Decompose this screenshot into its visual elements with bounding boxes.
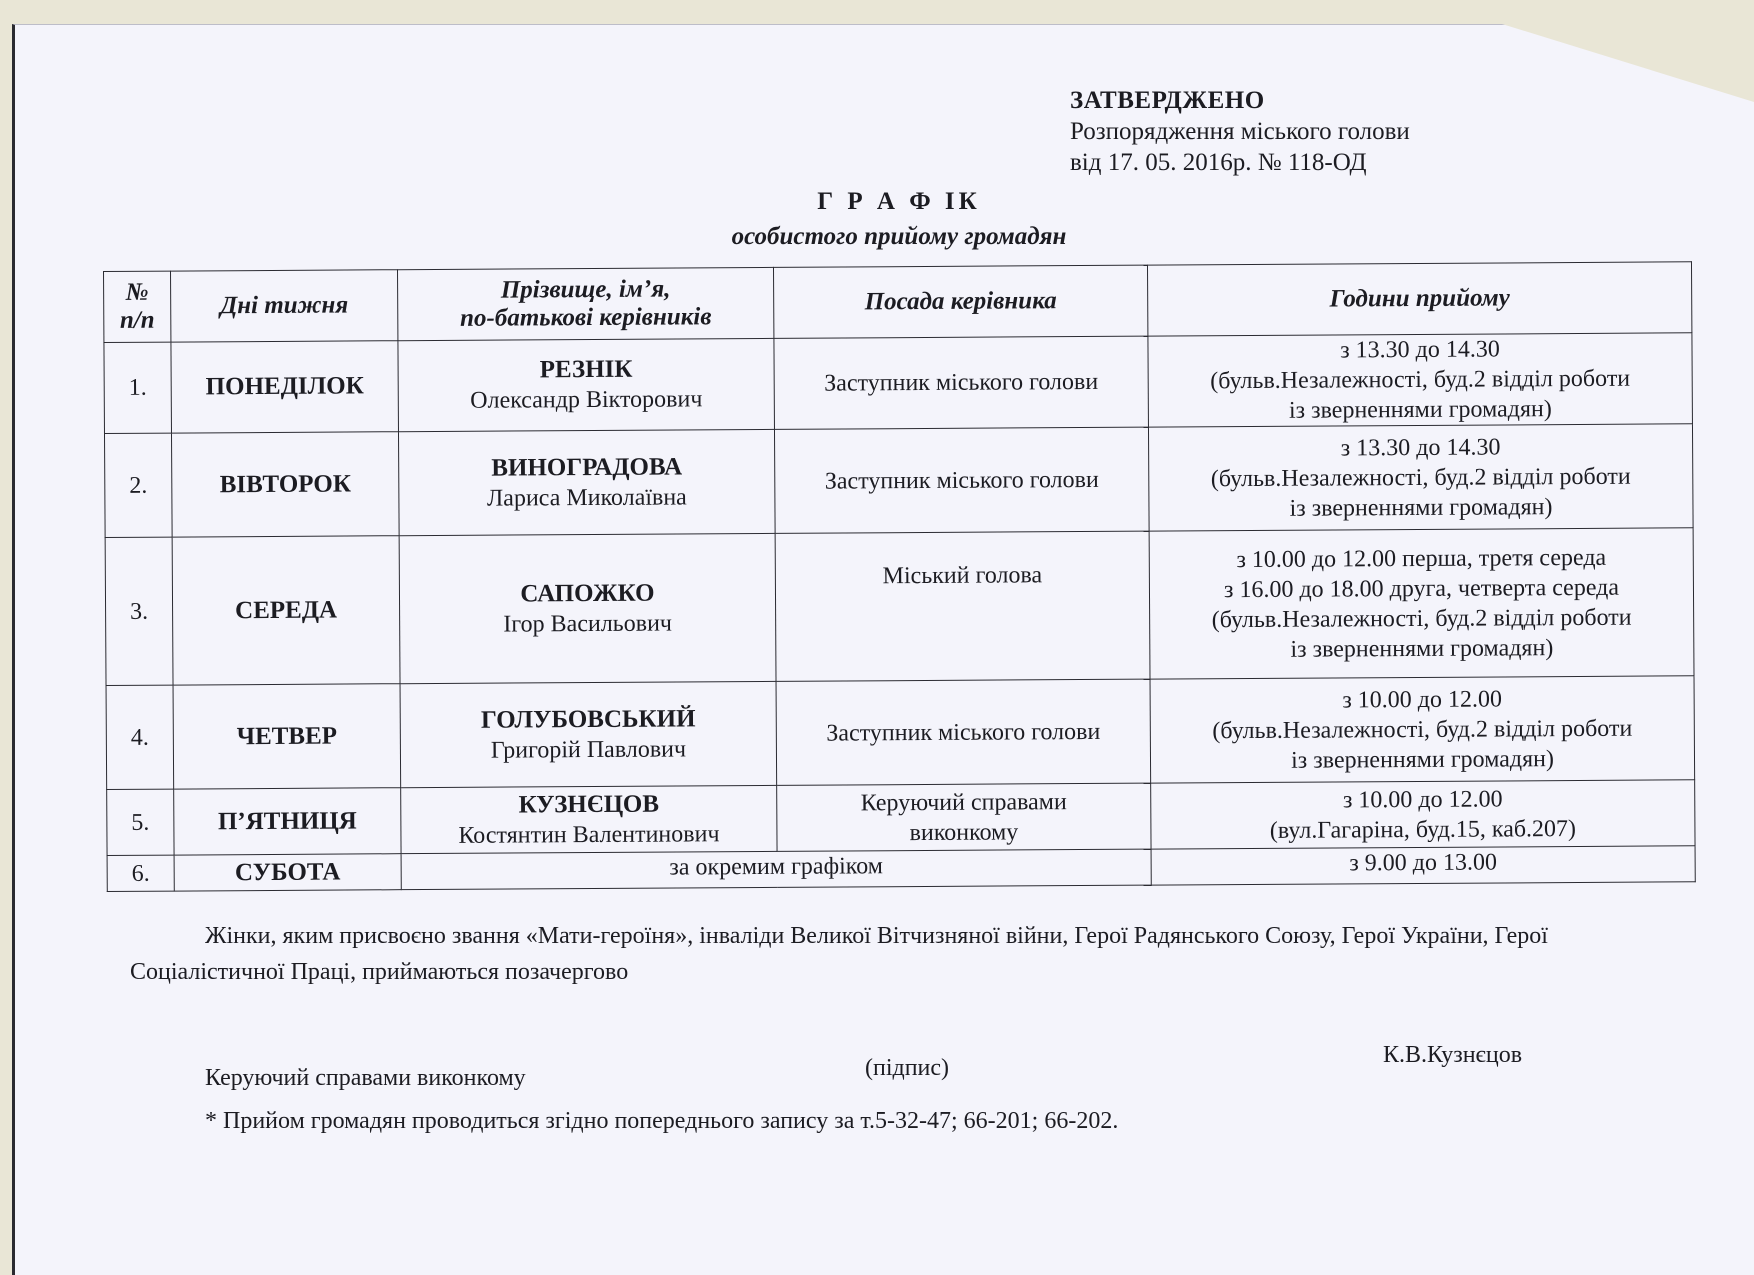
surname: ГОЛУБОВСЬКИЙ [405,703,772,735]
row-hours: з 9.00 до 13.00 [1151,846,1695,885]
schedule-table: № п/п Дні тижня Прізвище, ім’я, по-батьк… [103,261,1696,892]
header-day: Дні тижня [171,270,398,342]
row-hours: з 10.00 до 12.00 (вул.Гагаріна, буд.15, … [1151,780,1695,849]
table-row: 2. ВІВТОРОК ВИНОГРАДОВА Лариса Миколаївн… [104,424,1693,538]
given-name: Григорій Павлович [405,733,772,765]
row-person: КУЗНЄЦОВ Костянтин Валентинович [401,785,777,853]
header-hours: Години прийому [1147,262,1691,336]
table-header-row: № п/п Дні тижня Прізвище, ім’я, по-батьк… [104,262,1692,343]
row-position: Керуючий справами виконкому [777,783,1151,851]
surname: РЕЗНІК [403,354,770,386]
row-hours: з 10.00 до 12.00 (бульв.Незалежності, бу… [1150,676,1695,783]
approval-date-line: від 17. 05. 2016р. № 118-ОД [1070,147,1410,178]
header-name: Прізвище, ім’я, по-батькові керівників [397,267,773,340]
document-subtitle: особистого прийому громадян [15,223,1754,251]
table-row: 1. ПОНЕДІЛОК РЕЗНІК Олександр Вікторович… [104,333,1693,434]
row-day: ПОНЕДІЛОК [171,341,399,433]
row-position: Заступник міського голови [774,427,1149,533]
header-number: № п/п [104,271,171,342]
row-position: Міський голова [775,531,1150,681]
row-person: ГОЛУБОВСЬКИЙ Григорій Павлович [400,681,777,787]
row-number: 1. [104,342,172,433]
header-position: Посада керівника [773,265,1147,338]
row-number: 5. [107,789,174,855]
given-name: Ігор Васильович [404,607,771,639]
signature-role: Керуючий справами виконкому [205,1065,526,1092]
signature-mark: (підпис) [865,1055,949,1082]
row-day: ВІВТОРОК [171,432,399,537]
row-hours: з 10.00 до 12.00 перша, третя середа з 1… [1149,528,1694,679]
row-day: СЕРЕДА [172,536,400,685]
row-number: 2. [104,433,172,537]
row-person: ВИНОГРАДОВА Лариса Миколаївна [398,429,775,535]
given-name: Костянтин Валентинович [405,818,772,850]
row-number: 3. [105,537,173,685]
approval-block: ЗАТВЕРДЖЕНО Розпорядження міського голов… [1070,85,1410,178]
table-row: 4. ЧЕТВЕР ГОЛУБОВСЬКИЙ Григорій Павлович… [106,676,1695,790]
approval-order-line: Розпорядження міського голови [1070,116,1410,147]
given-name: Олександр Вікторович [403,384,770,416]
row-merged-note: за окремим графіком [401,849,1151,890]
document-page: ЗАТВЕРДЖЕНО Розпорядження міського голов… [12,24,1754,1275]
row-number: 6. [107,855,174,891]
signature-name: К.В.Кузнєцов [1383,1042,1522,1069]
row-position: Заступник міського голови [774,336,1149,429]
row-day: СУБОТА [174,854,401,891]
given-name: Лариса Миколаївна [403,481,770,513]
row-person: САПОЖКО Ігор Васильович [399,533,776,683]
surname: ВИНОГРАДОВА [403,451,770,483]
approval-heading: ЗАТВЕРДЖЕНО [1070,85,1410,116]
row-number: 4. [106,685,174,789]
row-hours: з 13.30 до 14.30 (бульв.Незалежності, бу… [1148,333,1693,427]
priority-note: Жінки, яким присвоєно звання «Мати-герої… [130,918,1690,990]
row-hours: з 13.30 до 14.30 (бульв.Незалежності, бу… [1148,424,1693,531]
table-row: 5. П’ЯТНИЦЯ КУЗНЄЦОВ Костянтин Валентино… [107,780,1695,856]
row-person: РЕЗНІК Олександр Вікторович [398,338,775,431]
table-row: 3. СЕРЕДА САПОЖКО Ігор Васильович Міськи… [105,528,1694,686]
row-day: ЧЕТВЕР [173,684,401,789]
document-title: Г Р А Ф ІК [15,188,1754,216]
surname: КУЗНЄЦОВ [405,788,772,820]
footnote: * Прийом громадян проводиться згідно поп… [205,1108,1118,1135]
surname: САПОЖКО [404,577,771,609]
row-position: Заступник міського голови [776,679,1151,785]
row-day: П’ЯТНИЦЯ [174,788,401,855]
